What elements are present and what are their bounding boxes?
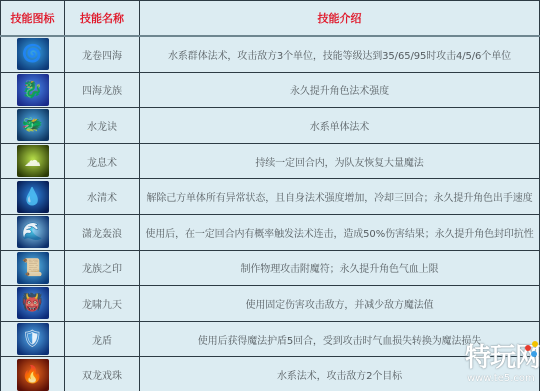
table-row: 👹龙啸九天使用固定伤害攻击敌方，并减少敌方魔法值 [1, 286, 540, 322]
skill-description: 使用后，在一定回合内有概率触发法术连击，造成50%伤害结果；永久提升角色封印抗性 [140, 214, 540, 250]
header-name: 技能名称 [65, 1, 140, 37]
skill-name: 龙啸九天 [65, 286, 140, 322]
skill-description: 使用固定伤害攻击敌方，并减少敌方魔法值 [140, 286, 540, 322]
blue-dragon-icon: 🐉 [17, 74, 49, 106]
icon-cell: 🔥 [1, 357, 65, 391]
water-dragon-coil-icon: 🐲 [17, 109, 49, 141]
skill-description: 永久提升角色法术强度 [140, 72, 540, 108]
table-row: 🐉四海龙族永久提升角色法术强度 [1, 72, 540, 108]
table-row: 📜龙族之印制作物理攻击附魔符；永久提升角色气血上限 [1, 250, 540, 286]
icon-cell: ☁ [1, 143, 65, 179]
dragon-shield-icon-glyph: 🛡 [17, 323, 49, 355]
table-row: 🛡龙盾使用后获得魔法护盾5回合，受到攻击时气血损失转换为魔法损失 [1, 321, 540, 357]
table-row: 🌊潇龙轰浪使用后，在一定回合内有概率触发法术连击，造成50%伤害结果；永久提升角… [1, 214, 540, 250]
skill-description: 水系法术，攻击敌方2个目标 [140, 357, 540, 391]
icon-cell: 📜 [1, 250, 65, 286]
skill-name: 四海龙族 [65, 72, 140, 108]
dragon-seal-scroll-icon-glyph: 📜 [17, 252, 49, 284]
tidal-wave-icon: 🌊 [17, 216, 49, 248]
skill-name: 龙卷四海 [65, 36, 140, 72]
table-row: ☁龙息术持续一定回合内，为队友恢复大量魔法 [1, 143, 540, 179]
header-row: 技能图标 技能名称 技能介绍 [1, 1, 540, 37]
dragon-seal-scroll-icon: 📜 [17, 252, 49, 284]
tornado-icon-glyph: 🌀 [17, 38, 49, 70]
icon-cell: 🌊 [1, 214, 65, 250]
water-dragon-coil-icon-glyph: 🐲 [17, 109, 49, 141]
header-icon: 技能图标 [1, 1, 65, 37]
skill-name: 龙息术 [65, 143, 140, 179]
skill-description: 制作物理攻击附魔符；永久提升角色气血上限 [140, 250, 540, 286]
tornado-icon: 🌀 [17, 38, 49, 70]
twin-dragon-pearl-icon: 🔥 [17, 359, 49, 391]
table-row: 🔥双龙戏珠水系法术，攻击敌方2个目标 [1, 357, 540, 391]
icon-cell: 🌀 [1, 36, 65, 72]
table-row: 🌀龙卷四海水系群体法术，攻击敌方3个单位，技能等级达到35/65/95时攻击4/… [1, 36, 540, 72]
icon-cell: 🐲 [1, 108, 65, 144]
dragon-roar-icon-glyph: 👹 [17, 287, 49, 319]
skill-description: 水系群体法术，攻击敌方3个单位，技能等级达到35/65/95时攻击4/5/6个单… [140, 36, 540, 72]
skill-name: 双龙戏珠 [65, 357, 140, 391]
skill-description: 水系单体法术 [140, 108, 540, 144]
skill-name: 水龙诀 [65, 108, 140, 144]
icon-cell: 💧 [1, 179, 65, 215]
dragon-breath-heal-icon-glyph: ☁ [17, 145, 49, 177]
icon-cell: 🛡 [1, 321, 65, 357]
skill-description: 持续一定回合内，为队友恢复大量魔法 [140, 143, 540, 179]
tidal-wave-icon-glyph: 🌊 [17, 216, 49, 248]
table-row: 💧水清术解除己方单体所有异常状态，且自身法术强度增加，冷却三回合；永久提升角色出… [1, 179, 540, 215]
table-row: 🐲水龙诀水系单体法术 [1, 108, 540, 144]
twin-dragon-pearl-icon-glyph: 🔥 [17, 359, 49, 391]
icon-cell: 🐉 [1, 72, 65, 108]
skill-name: 龙族之印 [65, 250, 140, 286]
skill-description: 使用后获得魔法护盾5回合，受到攻击时气血损失转换为魔法损失 [140, 321, 540, 357]
skill-name: 水清术 [65, 179, 140, 215]
dragon-roar-icon: 👹 [17, 287, 49, 319]
dragon-shield-icon: 🛡 [17, 323, 49, 355]
blue-dragon-icon-glyph: 🐉 [17, 74, 49, 106]
water-cleanse-icon: 💧 [17, 181, 49, 213]
dragon-breath-heal-icon: ☁ [17, 145, 49, 177]
skill-name: 潇龙轰浪 [65, 214, 140, 250]
water-cleanse-icon-glyph: 💧 [17, 181, 49, 213]
icon-cell: 👹 [1, 286, 65, 322]
skill-description: 解除己方单体所有异常状态，且自身法术强度增加，冷却三回合；永久提升角色出手速度 [140, 179, 540, 215]
header-description: 技能介绍 [140, 1, 540, 37]
skill-name: 龙盾 [65, 321, 140, 357]
skills-table: 技能图标 技能名称 技能介绍 🌀龙卷四海水系群体法术，攻击敌方3个单位，技能等级… [0, 0, 540, 391]
